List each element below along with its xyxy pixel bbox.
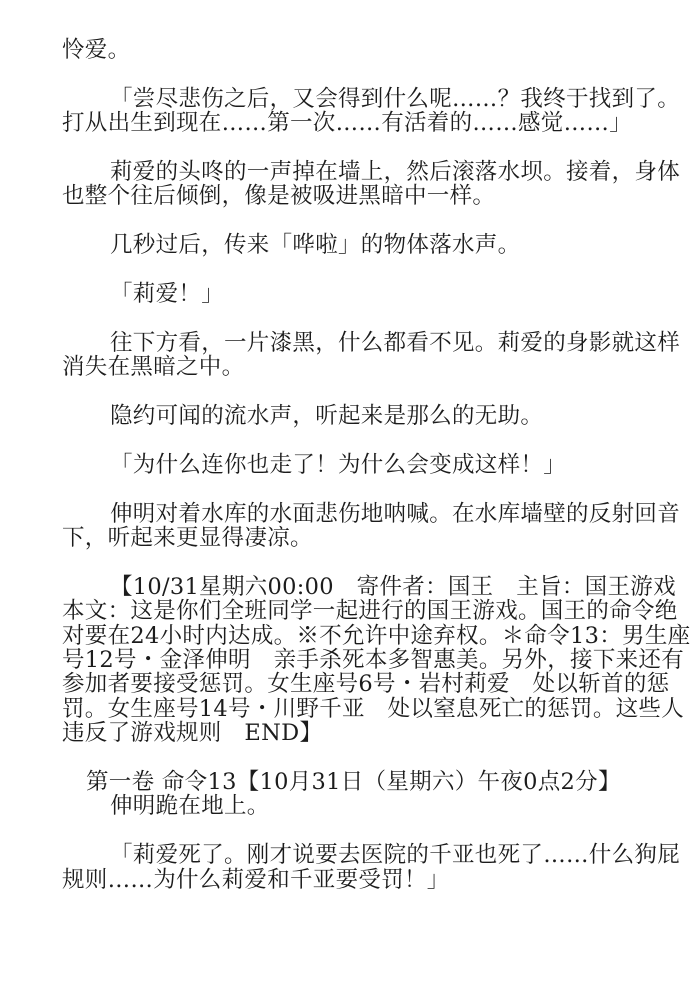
text-line: 「尝尽悲伤之后，又会得到什么呢……？我终于找到了。 — [110, 87, 680, 111]
text-line: 「为什么连你也走了！为什么会变成这样！」 — [110, 453, 566, 477]
text-line: 往下方看，一片漆黑，什么都看不见。莉爱的身影就这样 — [110, 331, 680, 355]
chapter-heading: 第一卷 命令13【10月31日（星期六）午夜0点2分】 — [86, 770, 621, 794]
text-line: 「莉爱！」 — [110, 282, 224, 306]
text-line: 也整个往后倾倒，像是被吸进黑暗中一样。 — [62, 184, 495, 208]
text-line: 伸明跪在地上。 — [110, 794, 270, 818]
text-line: 下，听起来更显得凄凉。 — [62, 526, 313, 550]
document-page: 怜爱。 「尝尽悲伤之后，又会得到什么呢……？我终于找到了。 打从出生到现在……第… — [0, 0, 700, 992]
text-line: 怜爱。 — [62, 38, 130, 62]
mail-line: 参加者要接受惩罚。女生座号6号・岩村莉爱 处以斩首的惩 — [62, 672, 669, 696]
mail-line: 罚。女生座号14号・川野千亚 处以窒息死亡的惩罚。这些人 — [62, 697, 684, 721]
text-line: 打从出生到现在……第一次……有活着的……感觉……」 — [62, 111, 632, 135]
mail-line: 号12号・金泽伸明 亲手杀死本多智惠美。另外，接下来还有 — [62, 648, 684, 672]
mail-line: 违反了游戏规则 END】 — [62, 721, 322, 745]
mail-line: 对要在24小时内达成。※不允许中途弃权。＊命令13：男生座 — [62, 624, 690, 648]
text-line: 「莉爱死了。刚才说要去医院的千亚也死了……什么狗屁 — [110, 843, 680, 867]
text-line: 规则……为什么莉爱和千亚要受罚！」 — [62, 868, 450, 892]
text-line: 伸明对着水库的水面悲伤地呐喊。在水库墙壁的反射回音 — [110, 502, 680, 526]
text-line: 消失在黑暗之中。 — [62, 355, 244, 379]
text-line: 几秒过后，传来「哗啦」的物体落水声。 — [110, 233, 520, 257]
mail-line: 本文：这是你们全班同学一起进行的国王游戏。国王的命令绝 — [62, 599, 678, 623]
text-line: 莉爱的头咚的一声掉在墙上，然后滚落水坝。接着，身体 — [110, 160, 680, 184]
mail-line: 【10/31星期六00:00 寄件者：国王 主旨：国王游戏 — [110, 575, 676, 599]
text-line: 隐约可闻的流水声，听起来是那么的无助。 — [110, 404, 543, 428]
